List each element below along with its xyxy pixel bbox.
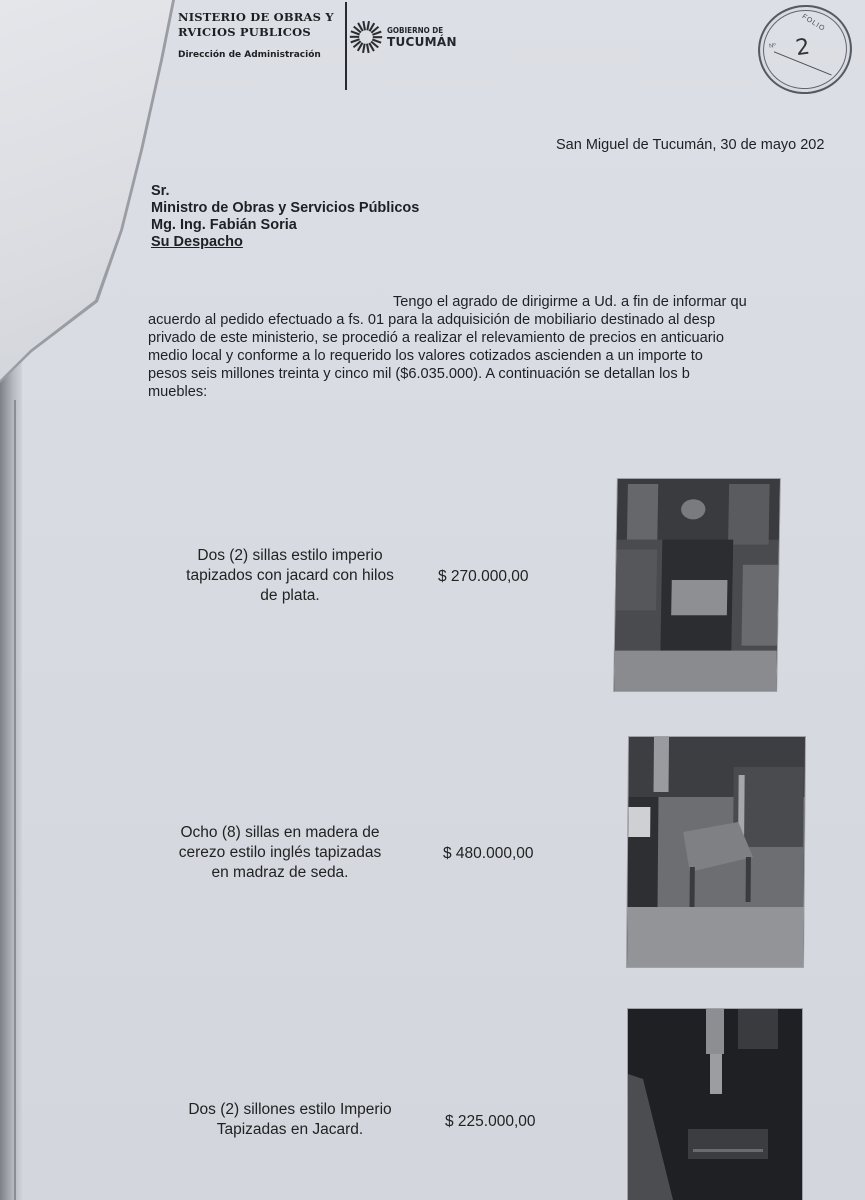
body-line: muebles: — [148, 383, 865, 401]
body-line: pesos seis millones treinta y cinco mil … — [148, 365, 865, 383]
item-description: Dos (2) sillones estilo Imperio Tapizada… — [150, 1100, 430, 1140]
addressee-title: Ministro de Obras y Servicios Públicos — [151, 200, 419, 217]
stamp-label: FOLIO — [801, 13, 827, 33]
item-description-line: Tapizadas en Jacard. — [150, 1120, 430, 1140]
department-name: Dirección de Administración — [178, 50, 334, 60]
body-paragraph: Tengo el agrado de dirigirme a Ud. a fin… — [148, 293, 865, 401]
item-description-line: Ocho (8) sillas en madera de — [140, 823, 420, 843]
item-description-line: cerezo estilo inglés tapizadas — [140, 843, 420, 863]
item-description-line: Dos (2) sillas estilo imperio — [155, 546, 425, 566]
body-line: acuerdo al pedido efectuado a fs. 01 par… — [148, 311, 865, 329]
body-line: privado de este ministerio, se procedió … — [148, 329, 865, 347]
sun-logo-icon — [349, 20, 383, 54]
item-price: $ 270.000,00 — [438, 568, 529, 586]
gov-logo-line2: TUCUMÁN — [387, 35, 457, 49]
item-description: Ocho (8) sillas en madera de cerezo esti… — [140, 823, 420, 883]
item-price: $ 480.000,00 — [443, 845, 534, 863]
item-description: Dos (2) sillas estilo imperio tapizados … — [155, 546, 425, 606]
body-line: Tengo el agrado de dirigirme a Ud. a fin… — [148, 293, 865, 311]
chair-photo — [627, 737, 805, 967]
addressee-name: Mg. Ing. Fabián Soria — [151, 217, 419, 234]
gov-logo-line1: GOBIERNO DE — [387, 26, 457, 35]
stamp-number-prefix: Nº — [769, 43, 776, 50]
armchair-dark-photo — [628, 1009, 802, 1200]
addressee-office: Su Despacho — [151, 234, 419, 251]
armchair-photo — [614, 479, 780, 691]
header-divider — [345, 2, 347, 90]
date-line: San Miguel de Tucumán, 30 de mayo 202 — [556, 137, 824, 153]
item-price: $ 225.000,00 — [445, 1113, 536, 1131]
government-logo: GOBIERNO DE TUCUMÁN — [349, 20, 457, 54]
ministry-header: NISTERIO DE OBRAS Y RVICIOS PUBLICOS Dir… — [178, 10, 334, 60]
salutation: Sr. — [151, 183, 419, 200]
page-fold-line — [14, 400, 46, 1200]
addressee-block: Sr. Ministro de Obras y Servicios Públic… — [151, 183, 419, 251]
item-description-line: Dos (2) sillones estilo Imperio — [150, 1100, 430, 1120]
item-description-line: de plata. — [155, 586, 425, 606]
item-description-line: en madraz de seda. — [140, 863, 420, 883]
ministry-name-line2: RVICIOS PUBLICOS — [178, 25, 334, 40]
ministry-name-line1: NISTERIO DE OBRAS Y — [178, 10, 334, 25]
body-line: medio local y conforme a lo requerido lo… — [148, 347, 865, 365]
item-description-line: tapizados con jacard con hilos — [155, 566, 425, 586]
stamp-number: 2 — [794, 34, 811, 61]
